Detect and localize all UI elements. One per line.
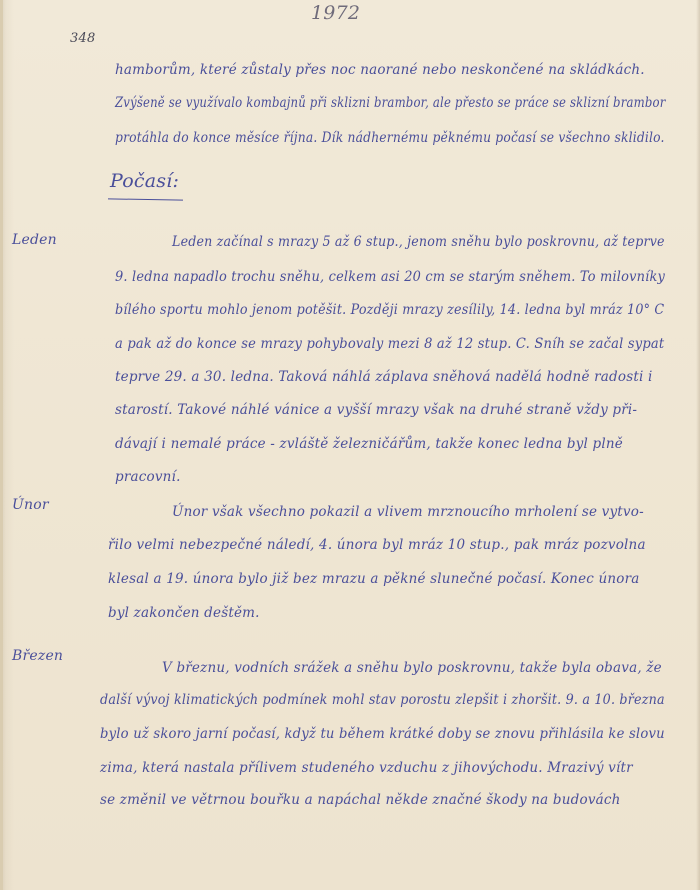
month-label-brezen: Březen xyxy=(12,648,63,664)
chronicle-page: 1972 348 hamborům, které zůstaly přes no… xyxy=(0,0,700,890)
year-header: 1972 xyxy=(311,2,360,24)
unor-line: byl zakončen deštěm. xyxy=(108,605,260,621)
page-number: 348 xyxy=(70,31,95,46)
page-right-edge xyxy=(696,0,700,890)
month-label-leden: Leden xyxy=(12,232,57,248)
leden-line: Leden začínal s mrazy 5 až 6 stup., jeno… xyxy=(172,234,665,250)
brezen-line: zima, která nastala přílivem studeného v… xyxy=(100,760,633,776)
unor-line: řilo velmi nebezpečné náledí, 4. února b… xyxy=(108,537,646,553)
page-left-edge xyxy=(0,0,3,890)
section-heading: Počasí: xyxy=(110,170,179,192)
leden-line: starostí. Takové náhlé vánice a vyšší mr… xyxy=(115,402,637,418)
brezen-line: další vývoj klimatických podmínek mohl s… xyxy=(100,692,665,708)
leden-line: bílého sportu mohlo jenom potěšit. Pozdě… xyxy=(115,302,664,318)
brezen-line: bylo už skoro jarní počasí, když tu běhe… xyxy=(100,726,665,742)
intro-line: protáhla do konce měsíce října. Dík nádh… xyxy=(115,130,665,146)
intro-line: Zvýšeně se využívalo kombajnů při sklizn… xyxy=(115,95,665,111)
leden-line: pracovní. xyxy=(115,469,181,485)
heading-underline xyxy=(108,198,183,200)
leden-line: 9. ledna napadlo trochu sněhu, celkem as… xyxy=(115,269,665,285)
leden-line: dávají i nemalé práce - zvláště železnič… xyxy=(115,436,623,452)
brezen-line: se změnil ve větrnou bouřku a napáchal n… xyxy=(100,792,621,808)
month-label-unor: Únor xyxy=(12,497,49,513)
unor-line: Únor však všechno pokazil a vlivem mrzno… xyxy=(172,504,644,520)
intro-line: hamborům, které zůstaly přes noc naorané… xyxy=(115,62,645,78)
brezen-line: V březnu, vodních srážek a sněhu bylo po… xyxy=(162,660,662,676)
leden-line: a pak až do konce se mrazy pohybovaly me… xyxy=(115,336,664,352)
unor-line: klesal a 19. února bylo již bez mrazu a … xyxy=(108,571,640,587)
leden-line: teprve 29. a 30. ledna. Taková náhlá záp… xyxy=(115,369,653,385)
